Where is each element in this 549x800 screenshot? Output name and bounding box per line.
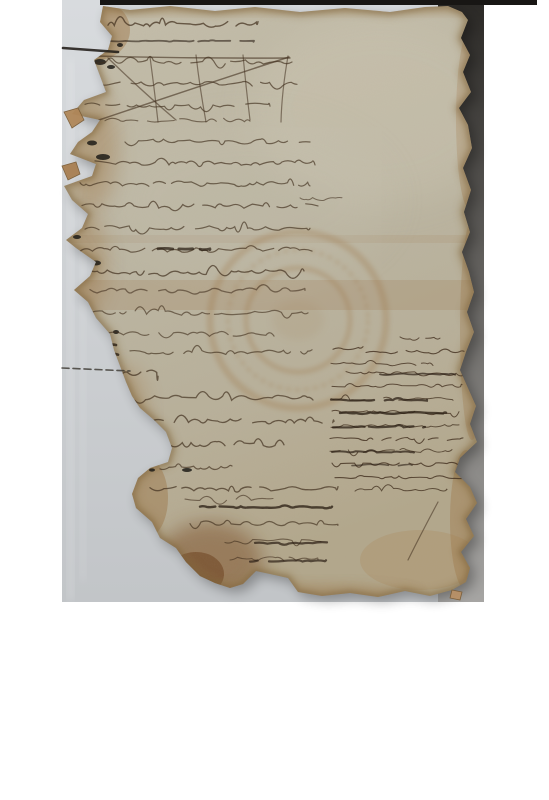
paper-hole xyxy=(96,154,110,160)
scanner-top-bar xyxy=(100,0,537,5)
paper-hole xyxy=(149,468,155,471)
paper-hole xyxy=(87,141,97,146)
paper-fragment xyxy=(450,590,462,600)
paper-hole xyxy=(73,235,81,239)
paper-hole xyxy=(117,43,123,47)
paper-hole xyxy=(182,468,192,472)
scan-image xyxy=(0,0,549,800)
paper-hole xyxy=(107,65,115,69)
bed-streak xyxy=(68,60,73,600)
scanned-document-page xyxy=(0,0,549,800)
strike-through xyxy=(158,248,210,249)
